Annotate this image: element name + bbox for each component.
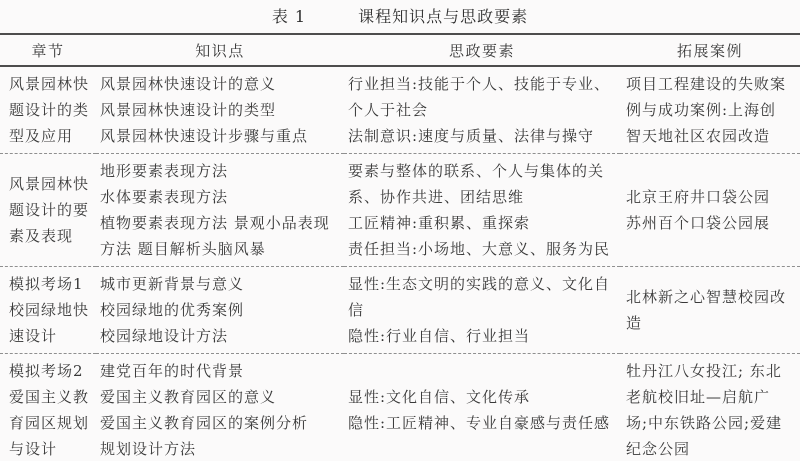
knowledge-item: 爱国主义教育园区的意义	[100, 384, 340, 410]
column-header-chapter: 章节	[0, 34, 96, 66]
knowledge-item: 地形要素表现方法	[100, 158, 340, 184]
cell-ideology: 要素与整体的联系、个人与集体的关系、协作共进、团结思维 工匠精神:重积累、重探索…	[344, 154, 620, 267]
course-ideology-table: 章节 知识点 思政要素 拓展案例 风景园林快题设计的类型及应用 风景园林快速设计…	[0, 33, 800, 461]
table-row: 模拟考场1 校园绿地快速设计 城市更新背景与意义 校园绿地的优秀案例 校园绿地设…	[0, 267, 800, 354]
table-caption: 表 1课程知识点与思政要素	[0, 7, 800, 27]
column-header-cases: 拓展案例	[620, 34, 800, 66]
column-header-ideology: 思政要素	[344, 34, 620, 66]
cell-knowledge: 城市更新背景与意义 校园绿地的优秀案例 校园绿地设计方法	[96, 267, 344, 354]
cell-ideology: 行业担当:技能于个人、技能于专业、个人于社会 法制意识:速度与质量、法律与操守	[344, 66, 620, 154]
paper-table-figure: 表 1课程知识点与思政要素 章节 知识点 思政要素 拓展案例 风景园林快题设计的…	[0, 0, 800, 461]
cell-cases: 北林新之心智慧校园改造	[620, 267, 800, 354]
knowledge-item: 风景园林快速设计的意义	[100, 71, 340, 97]
knowledge-item: 植物要素表现方法 景观小品表现方法 题目解析头脑风暴	[100, 210, 340, 262]
table-row: 模拟考场2 爱国主义教育园区规划与设计 建党百年的时代背景 爱国主义教育园区的意…	[0, 354, 800, 461]
case-item: 北京王府井口袋公园	[626, 184, 792, 210]
cell-chapter: 风景园林快题设计的类型及应用	[0, 66, 96, 154]
knowledge-item: 风景园林快速设计步骤与重点	[100, 123, 340, 149]
case-item: 牡丹江八女投江; 东北老航校旧址—启航广场;中东铁路公园;爱建纪念公园	[626, 358, 792, 461]
knowledge-item: 校园绿地的优秀案例	[100, 297, 340, 323]
knowledge-item: 城市更新背景与意义	[100, 271, 340, 297]
knowledge-item: 规划设计方法	[100, 436, 340, 461]
cell-knowledge: 风景园林快速设计的意义 风景园林快速设计的类型 风景园林快速设计步骤与重点	[96, 66, 344, 154]
ideology-item: 要素与整体的联系、个人与集体的关系、协作共进、团结思维	[348, 158, 616, 210]
cell-knowledge: 建党百年的时代背景 爱国主义教育园区的意义 爱国主义教育园区的案例分析 规划设计…	[96, 354, 344, 461]
table-row: 风景园林快题设计的要素及表现 地形要素表现方法 水体要素表现方法 植物要素表现方…	[0, 154, 800, 267]
header-row: 章节 知识点 思政要素 拓展案例	[0, 34, 800, 66]
knowledge-item: 风景园林快速设计的类型	[100, 97, 340, 123]
ideology-item: 行业担当:技能于个人、技能于专业、个人于社会	[348, 71, 616, 123]
ideology-item: 隐性:工匠精神、专业自豪感与责任感	[348, 410, 616, 436]
table-caption-title: 课程知识点与思政要素	[358, 7, 528, 26]
ideology-item: 法制意识:速度与质量、法律与操守	[348, 123, 616, 149]
table-row: 风景园林快题设计的类型及应用 风景园林快速设计的意义 风景园林快速设计的类型 风…	[0, 66, 800, 154]
knowledge-item: 校园绿地设计方法	[100, 323, 340, 349]
cell-chapter: 模拟考场1 校园绿地快速设计	[0, 267, 96, 354]
cell-chapter: 风景园林快题设计的要素及表现	[0, 154, 96, 267]
cell-ideology: 显性:生态文明的实践的意义、文化自信 隐性:行业自信、行业担当	[344, 267, 620, 354]
ideology-item: 隐性:行业自信、行业担当	[348, 323, 616, 349]
case-item: 北林新之心智慧校园改造	[626, 284, 792, 336]
ideology-item: 责任担当:小场地、大意义、服务为民	[348, 236, 616, 262]
column-header-knowledge: 知识点	[96, 34, 344, 66]
ideology-item: 工匠精神:重积累、重探索	[348, 210, 616, 236]
cell-cases: 牡丹江八女投江; 东北老航校旧址—启航广场;中东铁路公园;爱建纪念公园	[620, 354, 800, 461]
ideology-item: 显性:文化自信、文化传承	[348, 384, 616, 410]
cell-ideology: 显性:文化自信、文化传承 隐性:工匠精神、专业自豪感与责任感	[344, 354, 620, 461]
cell-knowledge: 地形要素表现方法 水体要素表现方法 植物要素表现方法 景观小品表现方法 题目解析…	[96, 154, 344, 267]
knowledge-item: 水体要素表现方法	[100, 184, 340, 210]
knowledge-item: 爱国主义教育园区的案例分析	[100, 410, 340, 436]
case-item: 项目工程建设的失败案例与成功案例:上海创智天地社区农园改造	[626, 71, 792, 149]
knowledge-item: 建党百年的时代背景	[100, 358, 340, 384]
cell-chapter: 模拟考场2 爱国主义教育园区规划与设计	[0, 354, 96, 461]
cell-cases: 北京王府井口袋公园 苏州百个口袋公园展	[620, 154, 800, 267]
case-item: 苏州百个口袋公园展	[626, 210, 792, 236]
cell-cases: 项目工程建设的失败案例与成功案例:上海创智天地社区农园改造	[620, 66, 800, 154]
ideology-item: 显性:生态文明的实践的意义、文化自信	[348, 271, 616, 323]
table-caption-label: 表 1	[272, 7, 306, 26]
